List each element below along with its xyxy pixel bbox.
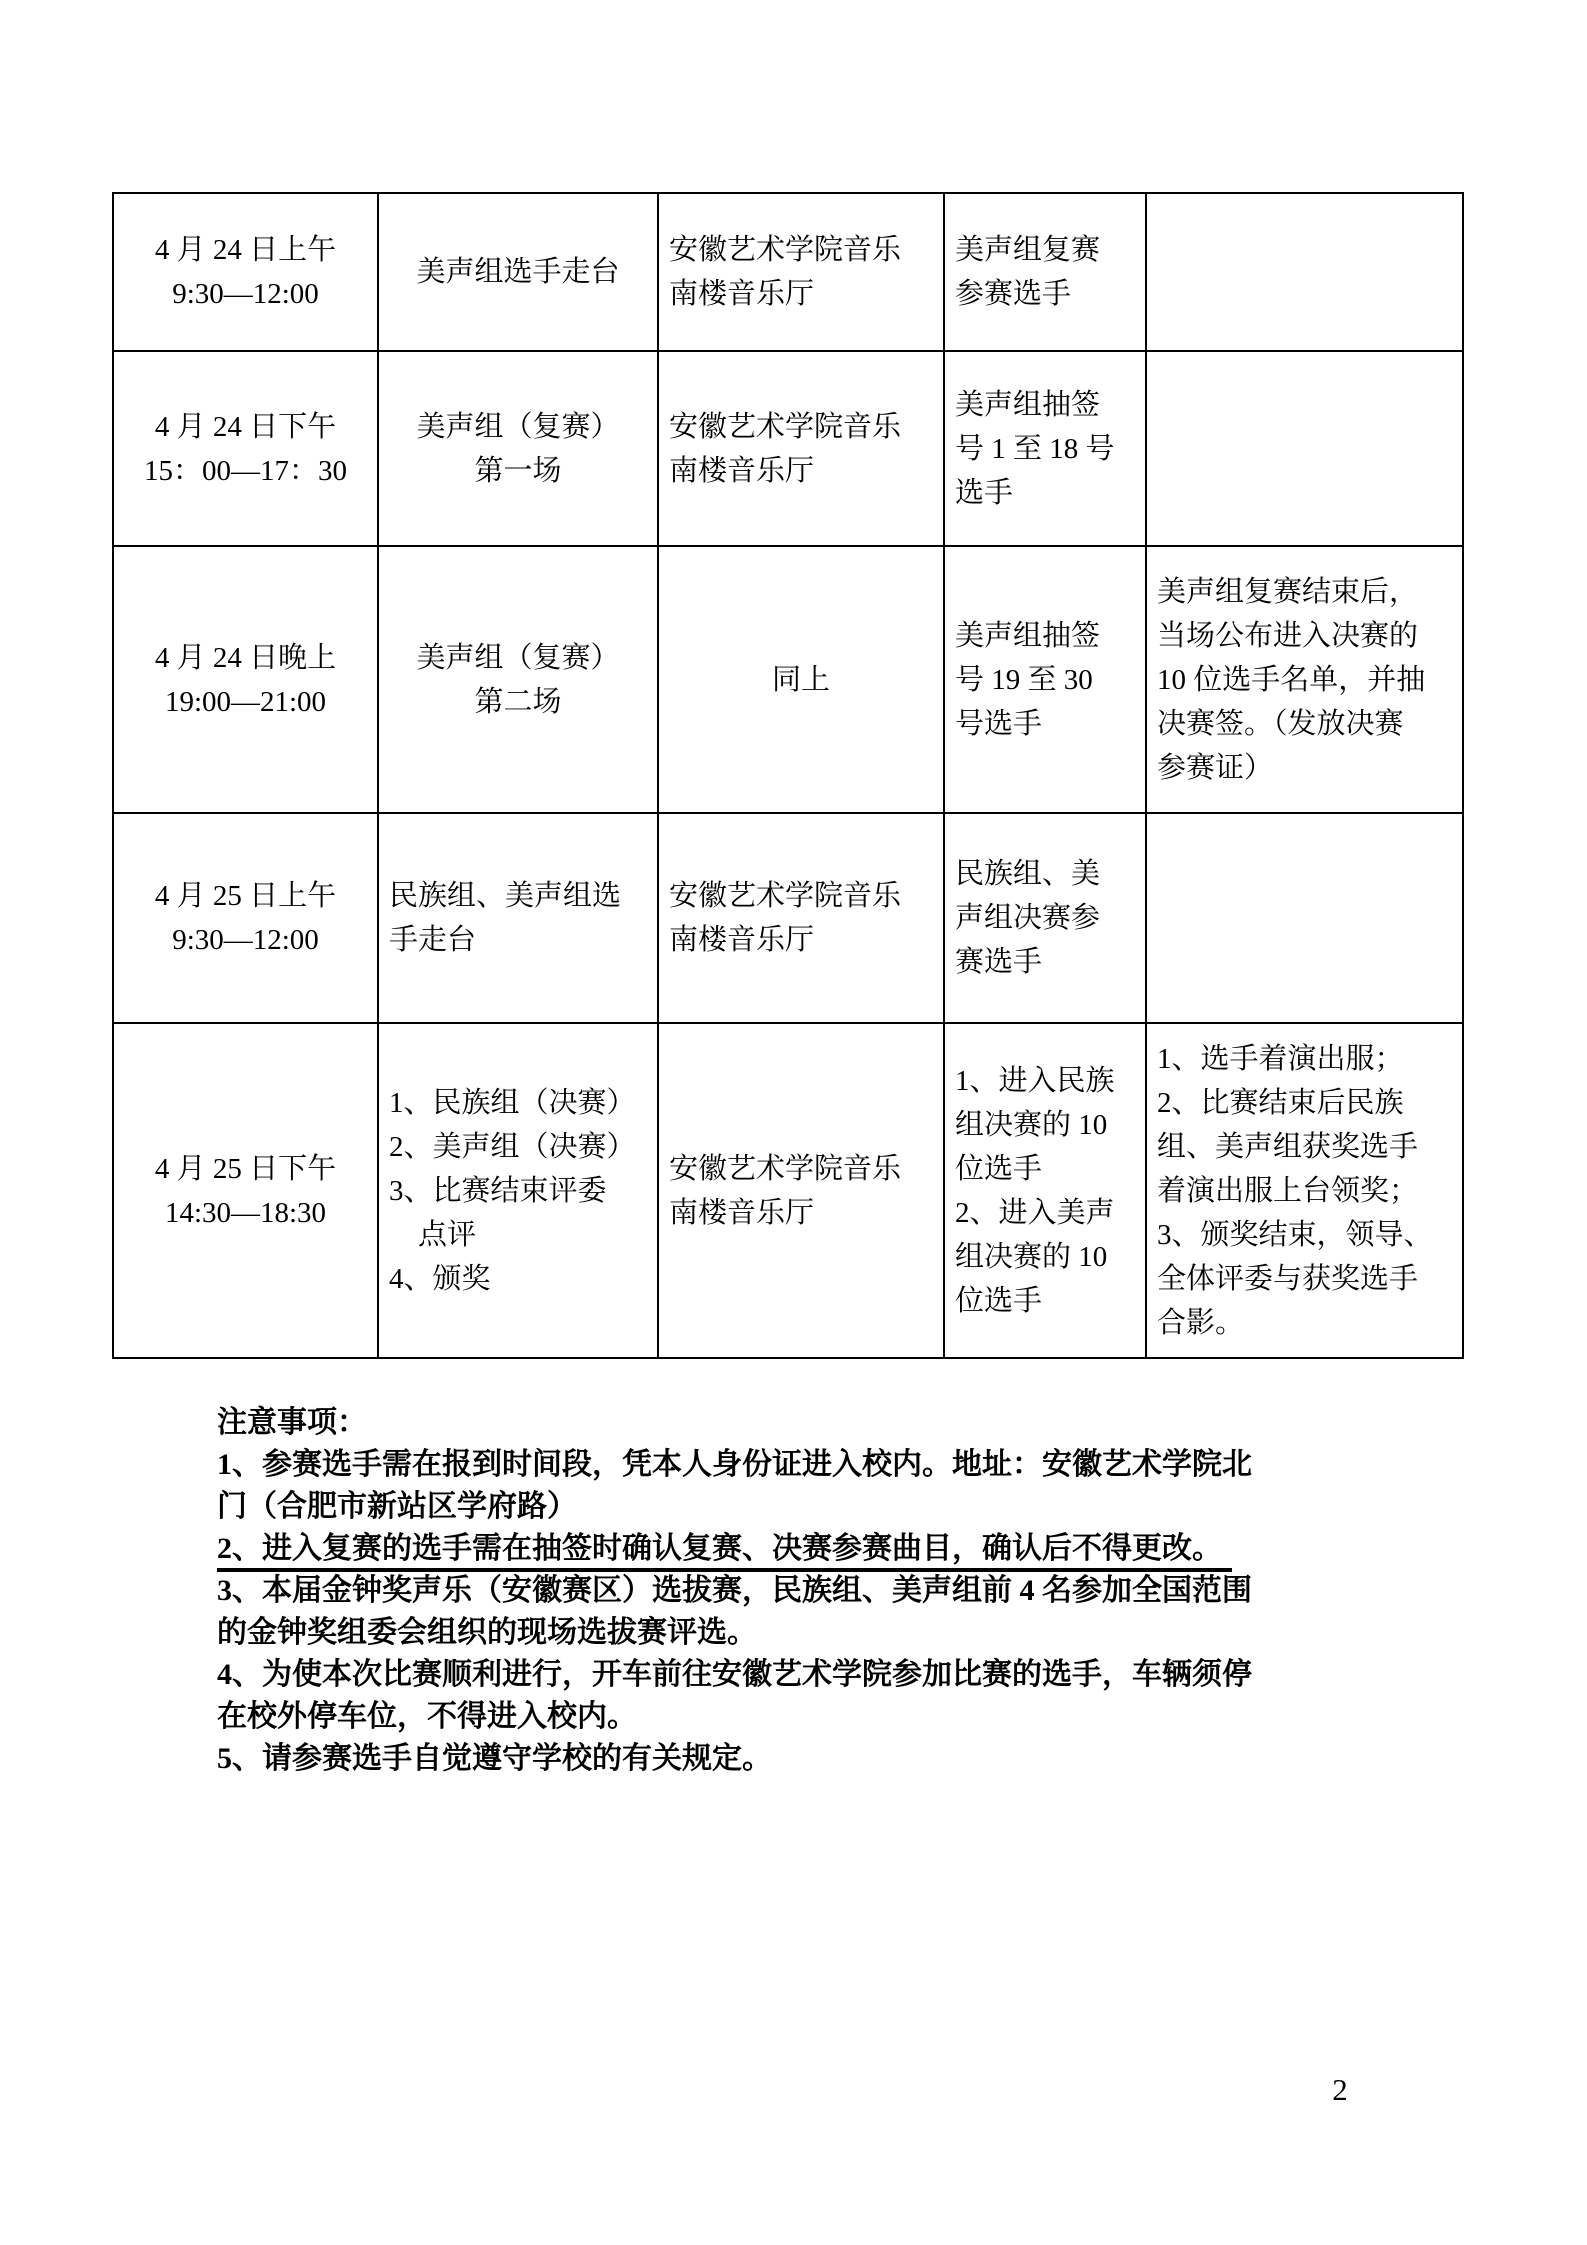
event-text: 美声组选手走台	[389, 250, 647, 294]
cell-r2-event: 美声组（复赛） 第一场	[378, 351, 658, 546]
cell-r3-time: 4 月 24 日晚上 19:00—21:00	[113, 546, 378, 813]
note-item-5: 5、请参赛选手自觉遵守学校的有关规定。	[217, 1738, 1372, 1780]
time-text: 4 月 24 日上午 9:30—12:00	[124, 228, 367, 316]
cell-r3-notes: 美声组复赛结束后， 当场公布进入决赛的 10 位选手名单，并抽 决赛签。（发放决…	[1146, 546, 1463, 813]
note-item-1: 1、参赛选手需在报到时间段，凭本人身份证进入校内。地址：安徽艺术学院北 门（合肥…	[217, 1444, 1372, 1528]
time-text: 4 月 24 日晚上 19:00—21:00	[124, 636, 367, 724]
page-number: 2	[1318, 2072, 1362, 2108]
notes-title: 注意事项：	[217, 1402, 1372, 1444]
event-text: 民族组、美声组选 手走台	[389, 874, 647, 962]
participants-text: 1、进入民族 组决赛的 10 位选手 2、进入美声 组决赛的 10 位选手	[955, 1059, 1135, 1323]
note-item-4: 4、为使本次比赛顺利进行，开车前往安徽艺术学院参加比赛的选手，车辆须停 在校外停…	[217, 1654, 1372, 1738]
event-text: 美声组（复赛） 第一场	[389, 405, 647, 493]
event-text: 美声组（复赛） 第二场	[389, 636, 647, 724]
cell-r1-notes	[1146, 193, 1463, 351]
time-text: 4 月 25 日上午 9:30—12:00	[124, 874, 367, 962]
schedule-table: 4 月 24 日上午 9:30—12:00 美声组选手走台 安徽艺术学院音乐 南…	[112, 192, 1464, 1359]
document-page: 4 月 24 日上午 9:30—12:00 美声组选手走台 安徽艺术学院音乐 南…	[0, 0, 1587, 2245]
note-item-2: 2、进入复赛的选手需在抽签时确认复赛、决赛参赛曲目，确认后不得更改。	[217, 1528, 1372, 1570]
notes-section: 注意事项： 1、参赛选手需在报到时间段，凭本人身份证进入校内。地址：安徽艺术学院…	[217, 1402, 1372, 1780]
participants-text: 美声组复赛 参赛选手	[955, 228, 1135, 316]
cell-r4-event: 民族组、美声组选 手走台	[378, 813, 658, 1023]
location-text: 安徽艺术学院音乐 南楼音乐厅	[669, 874, 933, 962]
cell-r2-participants: 美声组抽签 号 1 至 18 号 选手	[944, 351, 1146, 546]
cell-r5-location: 安徽艺术学院音乐 南楼音乐厅	[658, 1023, 944, 1358]
cell-r2-time: 4 月 24 日下午 15：00—17：30	[113, 351, 378, 546]
cell-r1-event: 美声组选手走台	[378, 193, 658, 351]
location-text: 安徽艺术学院音乐 南楼音乐厅	[669, 405, 933, 493]
location-text: 安徽艺术学院音乐 南楼音乐厅	[669, 1147, 933, 1235]
cell-r4-time: 4 月 25 日上午 9:30—12:00	[113, 813, 378, 1023]
cell-r5-event: 1、民族组（决赛） 2、美声组（决赛） 3、比赛结束评委 点评 4、颁奖	[378, 1023, 658, 1358]
cell-r2-notes	[1146, 351, 1463, 546]
notes-text: 美声组复赛结束后， 当场公布进入决赛的 10 位选手名单，并抽 决赛签。（发放决…	[1157, 570, 1452, 790]
location-text: 同上	[669, 658, 933, 702]
participants-text: 美声组抽签 号 1 至 18 号 选手	[955, 383, 1135, 515]
table-row-4: 4 月 25 日上午 9:30—12:00 民族组、美声组选 手走台 安徽艺术学…	[113, 813, 1463, 1023]
time-text: 4 月 25 日下午 14:30—18:30	[124, 1147, 367, 1235]
cell-r1-participants: 美声组复赛 参赛选手	[944, 193, 1146, 351]
note-item-2-underlined-text: 2、进入复赛的选手需在抽签时确认复赛、决赛参赛曲目，确认后不得更改。	[217, 1532, 1232, 1572]
table-row-3: 4 月 24 日晚上 19:00—21:00 美声组（复赛） 第二场 同上 美声…	[113, 546, 1463, 813]
cell-r3-participants: 美声组抽签 号 19 至 30 号选手	[944, 546, 1146, 813]
cell-r4-participants: 民族组、美 声组决赛参 赛选手	[944, 813, 1146, 1023]
table-row-2: 4 月 24 日下午 15：00—17：30 美声组（复赛） 第一场 安徽艺术学…	[113, 351, 1463, 546]
cell-r1-time: 4 月 24 日上午 9:30—12:00	[113, 193, 378, 351]
participants-text: 美声组抽签 号 19 至 30 号选手	[955, 614, 1135, 746]
cell-r3-event: 美声组（复赛） 第二场	[378, 546, 658, 813]
cell-r1-location: 安徽艺术学院音乐 南楼音乐厅	[658, 193, 944, 351]
note-item-3: 3、本届金钟奖声乐（安徽赛区）选拔赛，民族组、美声组前 4 名参加全国范围 的金…	[217, 1570, 1372, 1654]
cell-r3-location: 同上	[658, 546, 944, 813]
time-text: 4 月 24 日下午 15：00—17：30	[124, 405, 367, 493]
cell-r4-location: 安徽艺术学院音乐 南楼音乐厅	[658, 813, 944, 1023]
cell-r5-notes: 1、选手着演出服； 2、比赛结束后民族 组、美声组获奖选手 着演出服上台领奖； …	[1146, 1023, 1463, 1358]
table-row-5: 4 月 25 日下午 14:30—18:30 1、民族组（决赛） 2、美声组（决…	[113, 1023, 1463, 1358]
participants-text: 民族组、美 声组决赛参 赛选手	[955, 852, 1135, 984]
cell-r2-location: 安徽艺术学院音乐 南楼音乐厅	[658, 351, 944, 546]
event-text: 1、民族组（决赛） 2、美声组（决赛） 3、比赛结束评委 点评 4、颁奖	[389, 1081, 647, 1301]
location-text: 安徽艺术学院音乐 南楼音乐厅	[669, 228, 933, 316]
notes-text: 1、选手着演出服； 2、比赛结束后民族 组、美声组获奖选手 着演出服上台领奖； …	[1157, 1037, 1452, 1345]
cell-r4-notes	[1146, 813, 1463, 1023]
table-row-1: 4 月 24 日上午 9:30—12:00 美声组选手走台 安徽艺术学院音乐 南…	[113, 193, 1463, 351]
cell-r5-time: 4 月 25 日下午 14:30—18:30	[113, 1023, 378, 1358]
cell-r5-participants: 1、进入民族 组决赛的 10 位选手 2、进入美声 组决赛的 10 位选手	[944, 1023, 1146, 1358]
